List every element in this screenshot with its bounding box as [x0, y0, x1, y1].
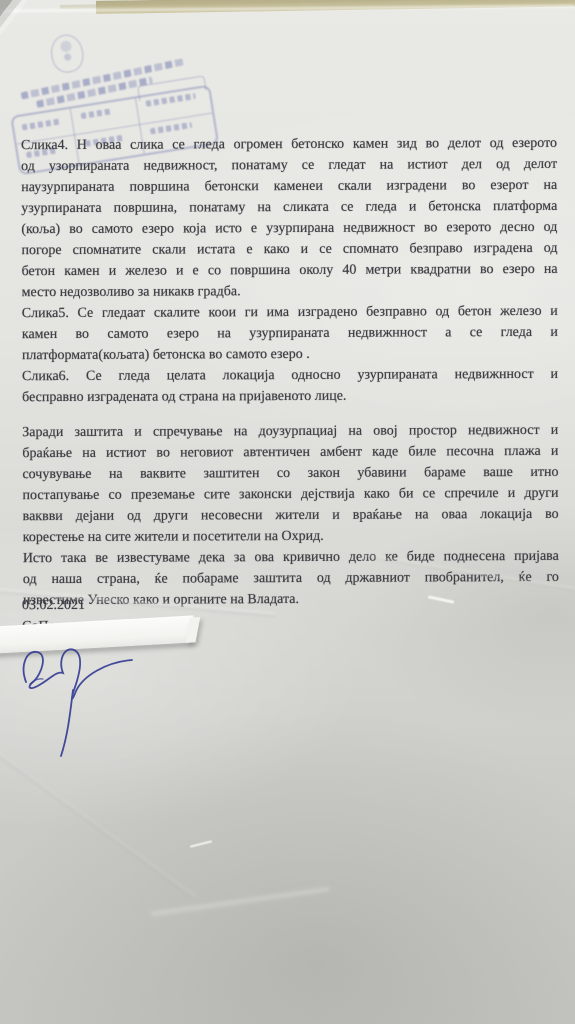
- text-line: платформата(кољата) бетонска во самото е…: [22, 343, 558, 366]
- text-line: Слика5. Се гледаат скалите коои ги има и…: [22, 301, 558, 324]
- paper-crease: [0, 744, 196, 899]
- paragraph: Заради заштита и спречување на доузурпац…: [22, 420, 559, 548]
- text-line: Слика6. Се гледа целата локација односно…: [22, 364, 558, 387]
- text-line: постапување со преземање сите законски д…: [22, 483, 558, 506]
- text-line: браќање на истиот во неговиот автентичен…: [22, 441, 558, 464]
- text-line: камен во самото езеро на узурпираната не…: [22, 322, 558, 345]
- text-line: од узорпираната недвижност, понатаму се …: [21, 154, 557, 177]
- text-line: бесправно изградената од страна на прија…: [22, 385, 558, 408]
- text-line: Исто така ве известуваме дека за ова кри…: [23, 546, 559, 569]
- text-line: место недозволиво за никакв градба.: [22, 280, 558, 303]
- document-text: Слика4. Н оваа слика се гледа огромен бе…: [21, 133, 559, 611]
- paragraph: Слика6. Се гледа целата локација односно…: [22, 364, 558, 408]
- text-line: (коља) во самото езеро која исто е узурп…: [21, 217, 557, 240]
- photographed-document: Слика4. Н оваа слика се гледа огромен бе…: [0, 0, 575, 1024]
- paragraph: Слика4. Н оваа слика се гледа огромен бе…: [21, 133, 558, 303]
- signature-ink: [10, 636, 150, 761]
- text-line: корестење на сите жители и посетители на…: [23, 525, 559, 548]
- paragraph: Слика5. Се гледаат скалите коои ги има и…: [22, 301, 558, 366]
- text-line: наузурпираната површина бетонски каменеи…: [21, 175, 557, 198]
- stamp-emblem-icon: [48, 32, 86, 75]
- date-line: 03.02.2021: [22, 593, 558, 616]
- text-line: Заради заштита и спречување на доузурпац…: [22, 420, 558, 443]
- text-line: Слика4. Н оваа слика се гледа огромен бе…: [21, 133, 557, 156]
- text-line: сочувување на ваквите заштитен со закон …: [22, 462, 558, 485]
- paper-crease: [190, 840, 212, 847]
- text-line: бетон камен и железо и е со површина око…: [22, 259, 558, 282]
- text-line: погоре спомнатите скали истата е како и …: [21, 238, 557, 261]
- text-line: узурпираната површина, понатаму на слика…: [21, 196, 557, 219]
- paper-crease: [151, 887, 330, 915]
- text-line: ваквви дејани од други несовесни жители …: [23, 504, 559, 527]
